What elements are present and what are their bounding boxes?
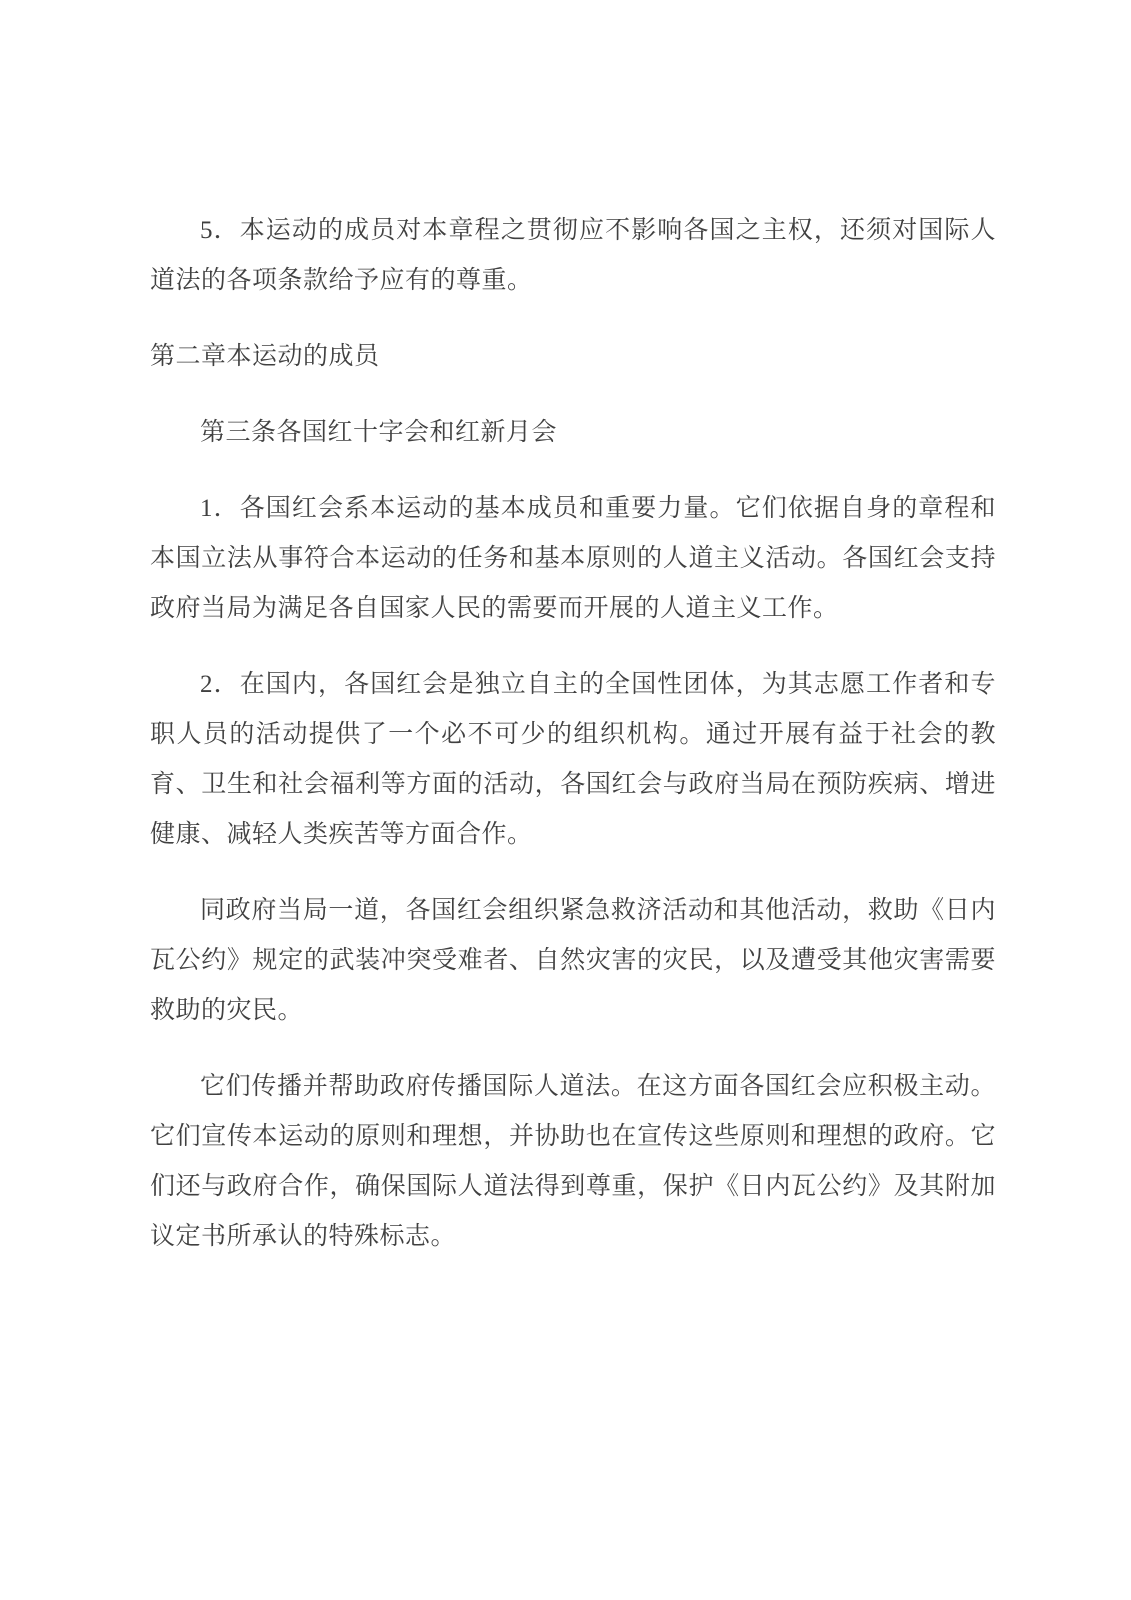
paragraph: 2．在国内，各国红会是独立自主的全国性团体，为其志愿工作者和专职人员的活动提供了… [150,660,996,860]
paragraph: 第三条各国红十字会和红新月会 [150,408,996,458]
paragraph: 第二章本运动的成员 [150,332,996,382]
paragraph: 5．本运动的成员对本章程之贯彻应不影响各国之主权，还须对国际人道法的各项条款给予… [150,206,996,306]
document-body: 5．本运动的成员对本章程之贯彻应不影响各国之主权，还须对国际人道法的各项条款给予… [150,206,996,1262]
paragraph: 同政府当局一道，各国红会组织紧急救济活动和其他活动，救助《日内瓦公约》规定的武装… [150,886,996,1036]
document-page: 5．本运动的成员对本章程之贯彻应不影响各国之主权，还须对国际人道法的各项条款给予… [0,0,1131,1600]
paragraph: 1．各国红会系本运动的基本成员和重要力量。它们依据自身的章程和本国立法从事符合本… [150,484,996,634]
paragraph: 它们传播并帮助政府传播国际人道法。在这方面各国红会应积极主动。它们宣传本运动的原… [150,1062,996,1262]
